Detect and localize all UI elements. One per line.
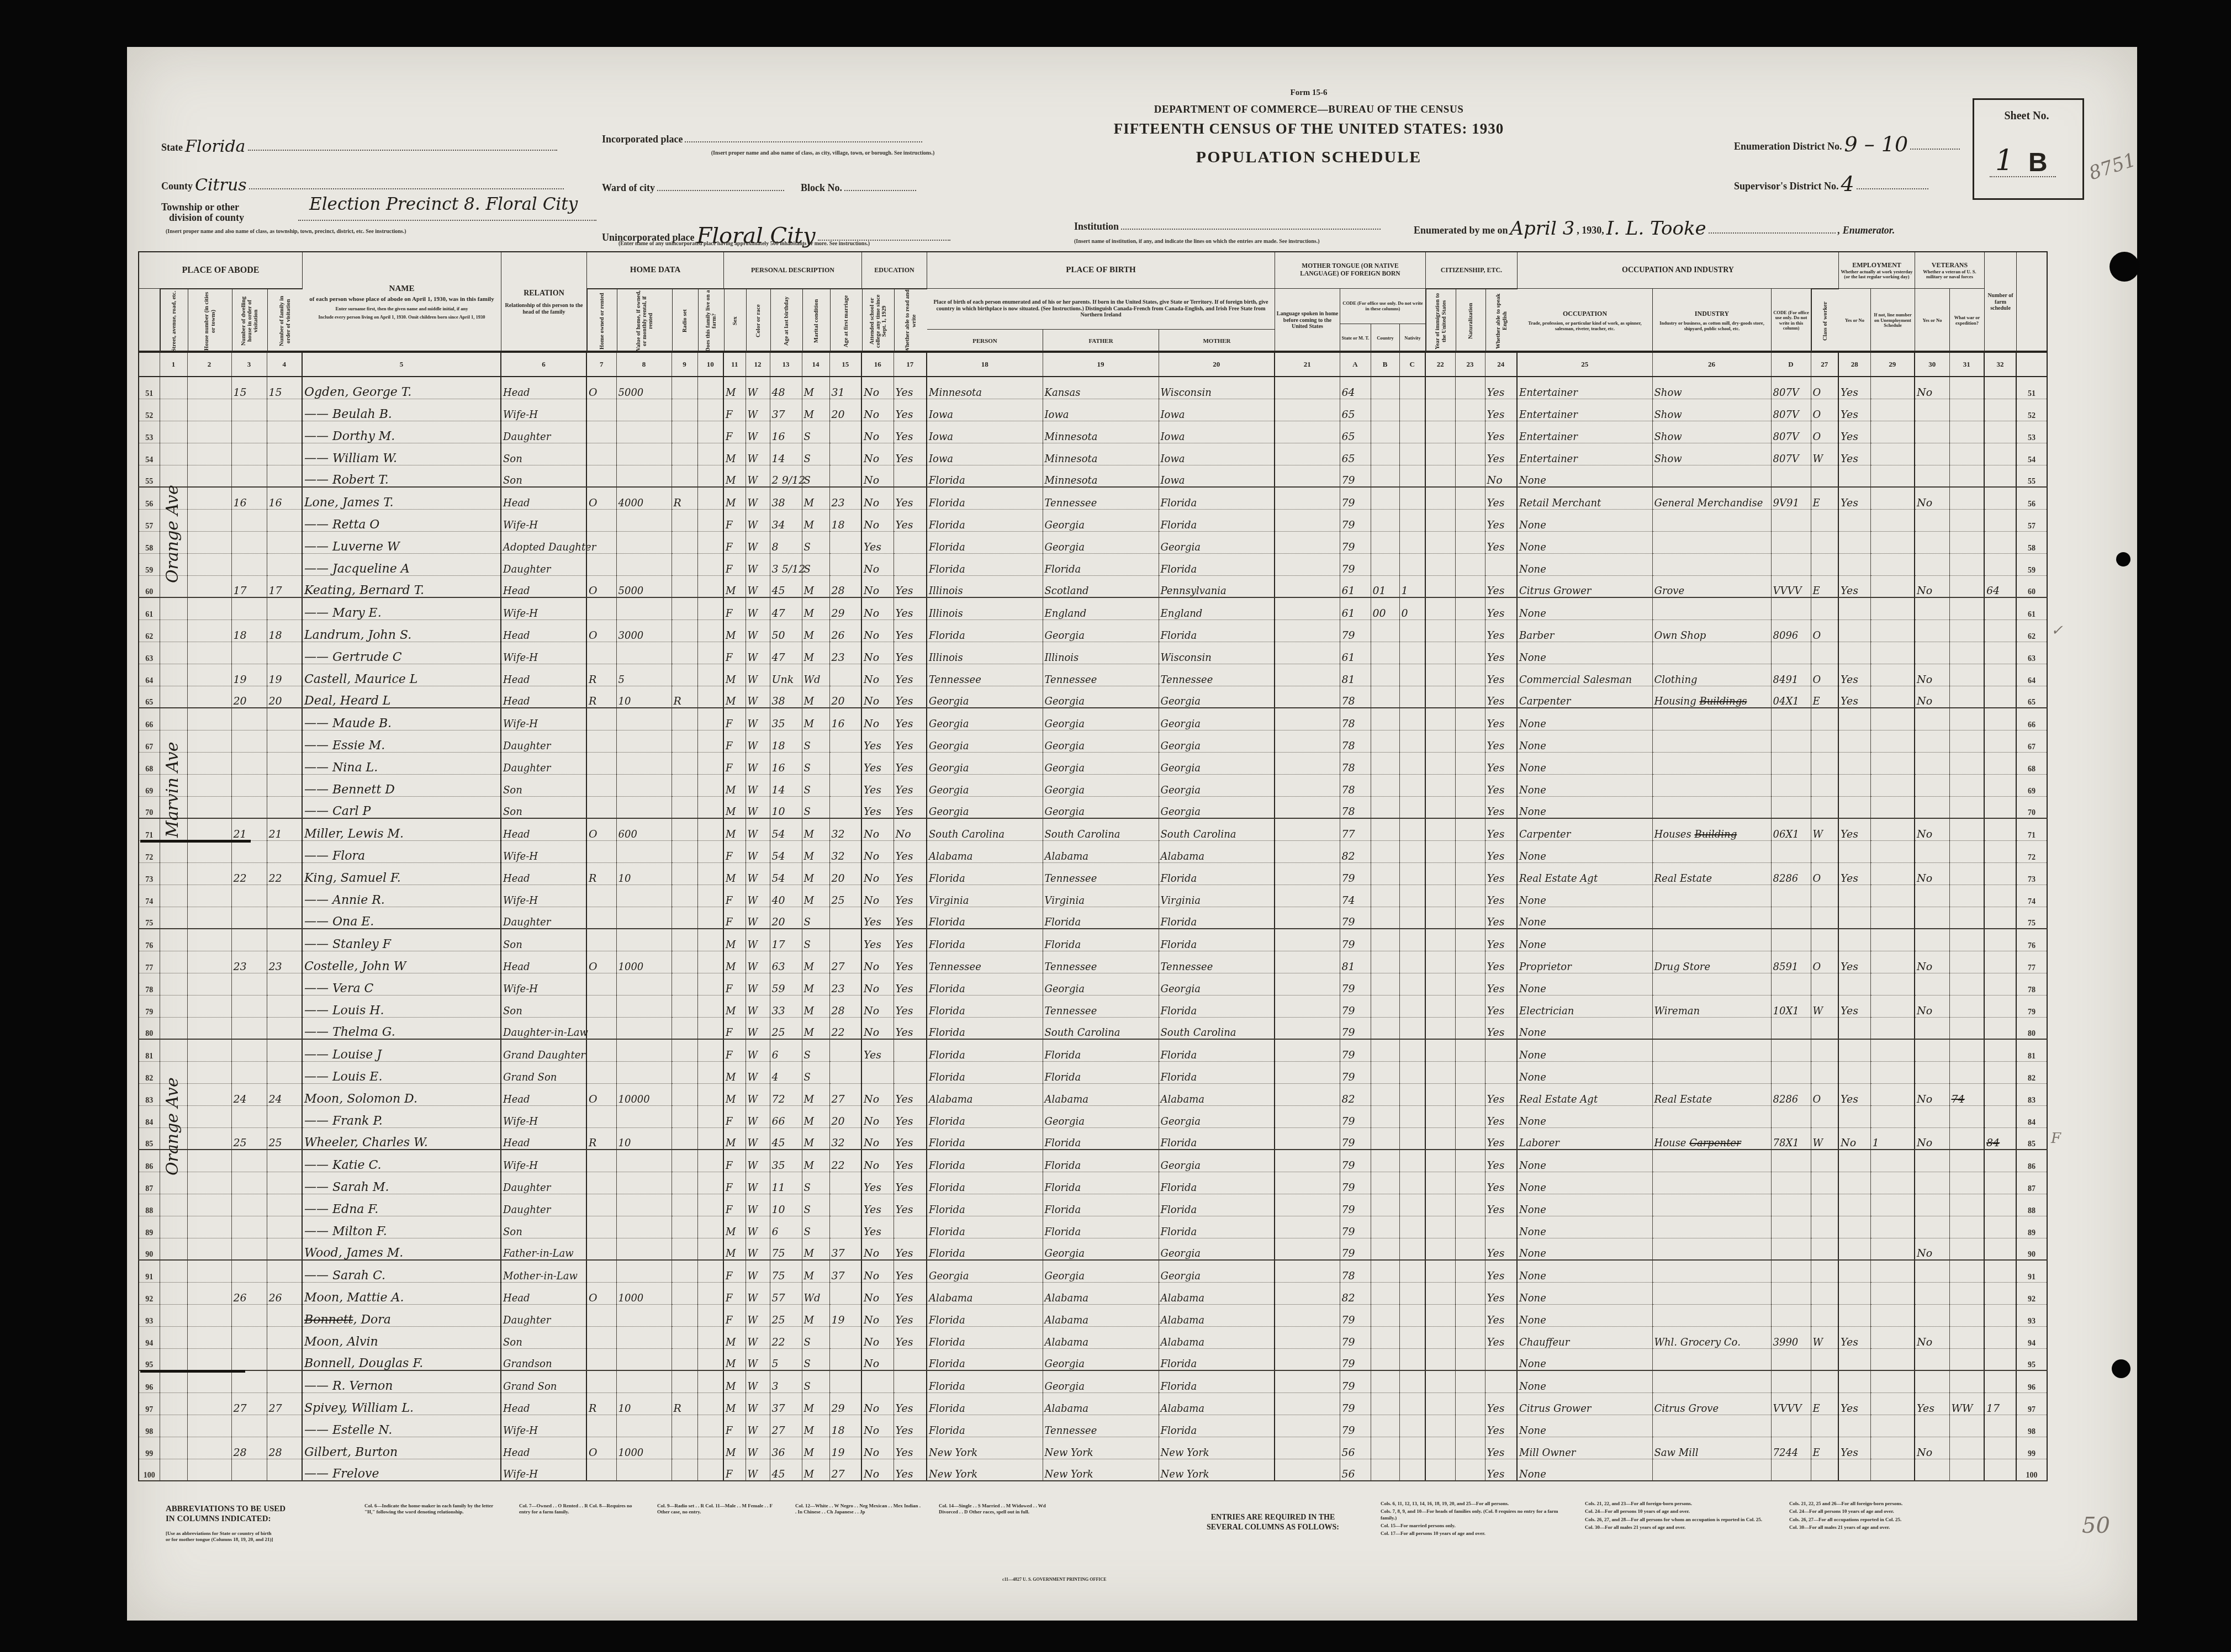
cell-age: 57 bbox=[770, 1282, 802, 1304]
cell-sch: No bbox=[861, 1127, 894, 1150]
cell-nat bbox=[1455, 1459, 1485, 1481]
cell-farm bbox=[697, 885, 723, 907]
table-row: 52—— Beulah B.Wife-HFW37M20NoYesIowaIowa… bbox=[139, 399, 2047, 421]
cell-lnL: 68 bbox=[139, 752, 160, 774]
cell-mar: S bbox=[802, 1194, 829, 1216]
cell-cd bbox=[1771, 1304, 1811, 1326]
cell-cd: 807V bbox=[1771, 421, 1811, 443]
cell-eng: Yes bbox=[1485, 1238, 1517, 1260]
cell-lang bbox=[1275, 730, 1340, 752]
cell-sch: No bbox=[861, 1304, 894, 1326]
cell-rw: Yes bbox=[894, 796, 927, 818]
cell-sch: No bbox=[861, 973, 894, 995]
cell-cd: VVVV bbox=[1771, 575, 1811, 597]
cell-e29 bbox=[1870, 487, 1915, 509]
cell-fam bbox=[267, 1061, 302, 1083]
cell-ind: General Merchandise bbox=[1652, 487, 1771, 509]
cell-nat bbox=[1455, 377, 1485, 399]
cell-name: —— Annie R. bbox=[302, 885, 501, 907]
cell-dwell bbox=[231, 1415, 267, 1437]
cell-pf: Tennessee bbox=[1043, 862, 1159, 885]
cell-e28 bbox=[1838, 1370, 1870, 1392]
header-unemployment-line: If not, line number on Unemployment Sche… bbox=[1871, 289, 1915, 353]
table-row: 852525Wheeler, Charles W.HeadR10MW45M32N… bbox=[139, 1127, 2047, 1150]
cell-vet: No bbox=[1915, 664, 1949, 686]
group-place-of-abode: PLACE OF ABODE bbox=[139, 252, 303, 289]
cell-occ: None bbox=[1517, 597, 1652, 619]
cell-pm: Wisconsin bbox=[1159, 642, 1275, 664]
cell-sch: No bbox=[861, 399, 894, 421]
cell-rw: Yes bbox=[894, 730, 927, 752]
cell-nat bbox=[1455, 907, 1485, 929]
cell-ind bbox=[1652, 1282, 1771, 1304]
cell-radio bbox=[672, 1238, 697, 1260]
header-color-race: Color or race bbox=[746, 289, 770, 353]
cell-pm: Florida bbox=[1159, 862, 1275, 885]
cell-radio bbox=[672, 1150, 697, 1172]
cell-ind: Whl. Grocery Co. bbox=[1652, 1326, 1771, 1348]
cell-cd bbox=[1771, 1238, 1811, 1260]
cell-radio bbox=[672, 973, 697, 995]
cell-cls bbox=[1811, 1370, 1838, 1392]
cell-cd: 8591 bbox=[1771, 951, 1811, 973]
cell-sex: M bbox=[723, 796, 746, 818]
cell-occ: Entertainer bbox=[1517, 377, 1652, 399]
group-place-of-birth: PLACE OF BIRTH bbox=[927, 252, 1275, 289]
column-number: 17 bbox=[894, 352, 927, 377]
cell-pob: New York bbox=[927, 1459, 1043, 1481]
cell-cls bbox=[1811, 1172, 1838, 1194]
cell-sch: No bbox=[861, 862, 894, 885]
cell-imm bbox=[1425, 1105, 1455, 1127]
cell-ind bbox=[1652, 840, 1771, 862]
cell-fs bbox=[1984, 973, 2016, 995]
cell-val bbox=[616, 708, 672, 730]
cell-pf: New York bbox=[1043, 1459, 1159, 1481]
table-row: 79—— Louis H.SonMW33M28NoYesFloridaTenne… bbox=[139, 995, 2047, 1017]
cell-lnR: 64 bbox=[2016, 664, 2047, 686]
cell-age: 10 bbox=[770, 796, 802, 818]
cell-house bbox=[187, 1437, 231, 1459]
cell-farm bbox=[697, 1392, 723, 1415]
cell-vet bbox=[1915, 840, 1949, 862]
cell-occ: Mill Owner bbox=[1517, 1437, 1652, 1459]
cell-imm bbox=[1425, 1194, 1455, 1216]
cell-ca: 79 bbox=[1340, 973, 1371, 995]
cell-cb bbox=[1371, 1083, 1399, 1105]
cell-sch bbox=[861, 1061, 894, 1083]
cell-occ: None bbox=[1517, 1260, 1652, 1282]
cell-own bbox=[586, 973, 616, 995]
sheet-label: Sheet No. bbox=[1974, 110, 2079, 123]
cell-mar: M bbox=[802, 1260, 829, 1282]
cell-sch: No bbox=[861, 885, 894, 907]
cell-own bbox=[586, 1326, 616, 1348]
cell-age: 45 bbox=[770, 575, 802, 597]
cell-eng bbox=[1485, 553, 1517, 575]
cell-occ: None bbox=[1517, 642, 1652, 664]
cell-house bbox=[187, 1039, 231, 1061]
cell-pob: Alabama bbox=[927, 1083, 1043, 1105]
table-row: 98—— Estelle N.Wife-HFW27M18NoYesFlorida… bbox=[139, 1415, 2047, 1437]
cell-cb bbox=[1371, 774, 1399, 796]
cell-cd bbox=[1771, 885, 1811, 907]
cell-rw: Yes bbox=[894, 642, 927, 664]
cell-ind bbox=[1652, 1260, 1771, 1282]
cell-sex: M bbox=[723, 619, 746, 642]
cell-nat bbox=[1455, 1127, 1485, 1150]
cell-lnL: 88 bbox=[139, 1194, 160, 1216]
cell-name: Bonnell, Douglas F. bbox=[302, 1348, 501, 1370]
census-title: FIFTEENTH CENSUS OF THE UNITED STATES: 1… bbox=[1027, 120, 1590, 137]
cell-pm: Alabama bbox=[1159, 840, 1275, 862]
cell-house bbox=[187, 951, 231, 973]
cell-cc bbox=[1399, 951, 1425, 973]
cell-fs bbox=[1984, 1459, 2016, 1481]
cell-val bbox=[616, 1061, 672, 1083]
cell-cd bbox=[1771, 840, 1811, 862]
cell-occ: None bbox=[1517, 1216, 1652, 1238]
cell-pob: Georgia bbox=[927, 686, 1043, 708]
cell-lang bbox=[1275, 818, 1340, 840]
cell-rel: Wife-H bbox=[501, 597, 586, 619]
cell-age: 54 bbox=[770, 862, 802, 885]
cell-val bbox=[616, 443, 672, 465]
cell-farm bbox=[697, 1172, 723, 1194]
cell-lang bbox=[1275, 1348, 1340, 1370]
cell-cb bbox=[1371, 1415, 1399, 1437]
table-row: 66—— Maude B.Wife-HFW35M16NoYesGeorgiaGe… bbox=[139, 708, 2047, 730]
cell-rw bbox=[894, 531, 927, 553]
cell-own bbox=[586, 1370, 616, 1392]
cell-fam bbox=[267, 1039, 302, 1061]
cell-dwell bbox=[231, 1017, 267, 1039]
cell-fs bbox=[1984, 929, 2016, 951]
cell-e28 bbox=[1838, 1348, 1870, 1370]
cell-cd bbox=[1771, 752, 1811, 774]
page-pencil-mark: 50 bbox=[2082, 1513, 2110, 1538]
cell-mar: M bbox=[802, 377, 829, 399]
cell-eng: Yes bbox=[1485, 664, 1517, 686]
table-row: 87—— Sarah M.DaughterFW11SYesYesFloridaF… bbox=[139, 1172, 2047, 1194]
cell-name: Deal, Heard L bbox=[302, 686, 501, 708]
cell-ca: 79 bbox=[1340, 1061, 1371, 1083]
table-row: 992828Gilbert, BurtonHeadO1000MW36M19NoY… bbox=[139, 1437, 2047, 1459]
cell-agem: 28 bbox=[829, 575, 861, 597]
unincorporated-note: (Enter name of any unincorporated place … bbox=[618, 241, 870, 247]
cell-dwell bbox=[231, 1061, 267, 1083]
cell-pm: Florida bbox=[1159, 1172, 1275, 1194]
cell-pm: England bbox=[1159, 597, 1275, 619]
cell-pf: Alabama bbox=[1043, 1304, 1159, 1326]
cell-fs bbox=[1984, 708, 2016, 730]
cell-house bbox=[187, 1105, 231, 1127]
cell-nat bbox=[1455, 730, 1485, 752]
cell-war bbox=[1949, 995, 1984, 1017]
cell-val bbox=[616, 1304, 672, 1326]
cell-imm bbox=[1425, 575, 1455, 597]
cell-vet bbox=[1915, 1172, 1949, 1194]
cell-pm: South Carolina bbox=[1159, 818, 1275, 840]
cell-dwell: 26 bbox=[231, 1282, 267, 1304]
cell-cb bbox=[1371, 1459, 1399, 1481]
cell-mar: M bbox=[802, 487, 829, 509]
cell-radio bbox=[672, 619, 697, 642]
cell-e28 bbox=[1838, 730, 1870, 752]
column-number: 5 bbox=[302, 352, 501, 377]
cell-val: 1000 bbox=[616, 1437, 672, 1459]
cell-name: —— Essie M. bbox=[302, 730, 501, 752]
cell-lnL: 55 bbox=[139, 465, 160, 487]
table-row: 100—— FreloveWife-HFW45M27NoYesNew YorkN… bbox=[139, 1459, 2047, 1481]
cell-lnR: 75 bbox=[2016, 907, 2047, 929]
cell-agem: 20 bbox=[829, 1105, 861, 1127]
cell-pob: Florida bbox=[927, 465, 1043, 487]
cell-cls: O bbox=[1811, 619, 1838, 642]
cell-nat bbox=[1455, 1105, 1485, 1127]
cell-dwell bbox=[231, 1260, 267, 1282]
cell-farm bbox=[697, 1415, 723, 1437]
margin-mark: ✓ bbox=[2051, 622, 2063, 639]
cell-fam bbox=[267, 730, 302, 752]
cell-own: O bbox=[586, 487, 616, 509]
cell-cd: 807V bbox=[1771, 377, 1811, 399]
cell-rel: Wife-H bbox=[501, 1105, 586, 1127]
cell-ind bbox=[1652, 929, 1771, 951]
cell-lang bbox=[1275, 399, 1340, 421]
cell-cc bbox=[1399, 1260, 1425, 1282]
cell-e29 bbox=[1870, 1326, 1915, 1348]
list-item: Cols. 6, 11, 12, 13, 14, 16, 18, 19, 20,… bbox=[1381, 1501, 1563, 1507]
cell-cls bbox=[1811, 465, 1838, 487]
cell-fs bbox=[1984, 907, 2016, 929]
cell-house bbox=[187, 1348, 231, 1370]
cell-ind bbox=[1652, 531, 1771, 553]
cell-agem bbox=[829, 443, 861, 465]
cell-lnR: 59 bbox=[2016, 553, 2047, 575]
cell-house bbox=[187, 553, 231, 575]
cell-val bbox=[616, 1105, 672, 1127]
cell-cls: E bbox=[1811, 487, 1838, 509]
cell-lnR: 99 bbox=[2016, 1437, 2047, 1459]
cell-cd: 78X1 bbox=[1771, 1127, 1811, 1150]
cell-color: W bbox=[746, 730, 770, 752]
cell-ind: Housing Buildings bbox=[1652, 686, 1771, 708]
cell-occ: Entertainer bbox=[1517, 399, 1652, 421]
cell-rel: Wife-H bbox=[501, 1415, 586, 1437]
cell-own bbox=[586, 421, 616, 443]
cell-cls: W bbox=[1811, 818, 1838, 840]
cell-fam bbox=[267, 465, 302, 487]
cell-rw: Yes bbox=[894, 774, 927, 796]
cell-pob: Georgia bbox=[927, 1260, 1043, 1282]
cell-e29 bbox=[1870, 929, 1915, 951]
cell-lang bbox=[1275, 443, 1340, 465]
cell-farm bbox=[697, 995, 723, 1017]
column-number: 9 bbox=[672, 352, 697, 377]
cell-fam bbox=[267, 1260, 302, 1282]
cell-war bbox=[1949, 509, 1984, 531]
cell-pm: Georgia bbox=[1159, 796, 1275, 818]
cell-name: —— Bennett D bbox=[302, 774, 501, 796]
cell-mar: S bbox=[802, 421, 829, 443]
cell-rel: Wife-H bbox=[501, 1150, 586, 1172]
cell-cd: 8286 bbox=[1771, 862, 1811, 885]
cell-occ: None bbox=[1517, 840, 1652, 862]
cell-farm bbox=[697, 1238, 723, 1260]
cell-pob: Virginia bbox=[927, 885, 1043, 907]
cell-mar: S bbox=[802, 907, 829, 929]
cell-age: 47 bbox=[770, 642, 802, 664]
cell-ca: 79 bbox=[1340, 553, 1371, 575]
cell-agem: 32 bbox=[829, 818, 861, 840]
cell-sch: No bbox=[861, 951, 894, 973]
cell-lnL: 99 bbox=[139, 1437, 160, 1459]
cell-imm bbox=[1425, 1150, 1455, 1172]
cell-imm bbox=[1425, 1459, 1455, 1481]
cell-eng: Yes bbox=[1485, 995, 1517, 1017]
cell-lnL: 64 bbox=[139, 664, 160, 686]
cell-lang bbox=[1275, 1150, 1340, 1172]
cell-ca: 79 bbox=[1340, 995, 1371, 1017]
cell-house bbox=[187, 1083, 231, 1105]
cell-nat bbox=[1455, 840, 1485, 862]
cell-e28 bbox=[1838, 1282, 1870, 1304]
cell-lnR: 79 bbox=[2016, 995, 2047, 1017]
cell-pob: Iowa bbox=[927, 443, 1043, 465]
cell-name: —— Frelove bbox=[302, 1459, 501, 1481]
cell-own bbox=[586, 1150, 616, 1172]
table-row: 561616Lone, James T.HeadO4000RMW38M23NoY… bbox=[139, 487, 2047, 509]
header-owned-rented: Home owned or rented bbox=[587, 289, 617, 353]
sheet-value: 1 bbox=[1995, 144, 2013, 177]
cell-e28 bbox=[1838, 1105, 1870, 1127]
cell-rw: Yes bbox=[894, 575, 927, 597]
cell-lnR: 56 bbox=[2016, 487, 2047, 509]
cell-e29: 1 bbox=[1870, 1127, 1915, 1150]
cell-ca: 79 bbox=[1340, 1392, 1371, 1415]
cell-lang bbox=[1275, 929, 1340, 951]
cell-e29 bbox=[1870, 597, 1915, 619]
cell-vet bbox=[1915, 1415, 1949, 1437]
cell-house bbox=[187, 1150, 231, 1172]
cell-lnL: 74 bbox=[139, 885, 160, 907]
cell-mar: S bbox=[802, 465, 829, 487]
cell-cd: 9V91 bbox=[1771, 487, 1811, 509]
cell-color: W bbox=[746, 1348, 770, 1370]
cell-cb bbox=[1371, 1017, 1399, 1039]
cell-ca: 79 bbox=[1340, 862, 1371, 885]
cell-lnL: 70 bbox=[139, 796, 160, 818]
cell-val: 10 bbox=[616, 1127, 672, 1150]
cell-ind: Own Shop bbox=[1652, 619, 1771, 642]
cell-radio bbox=[672, 575, 697, 597]
cell-ind: Houses Building bbox=[1652, 818, 1771, 840]
cell-fam: 16 bbox=[267, 487, 302, 509]
cell-nat bbox=[1455, 1039, 1485, 1061]
cell-age: 8 bbox=[770, 531, 802, 553]
cell-house bbox=[187, 377, 231, 399]
cell-val bbox=[616, 1348, 672, 1370]
cell-fs bbox=[1984, 1348, 2016, 1370]
cell-pf: South Carolina bbox=[1043, 1017, 1159, 1039]
cell-ind bbox=[1652, 1172, 1771, 1194]
cell-cls bbox=[1811, 1304, 1838, 1326]
cell-vet bbox=[1915, 1459, 1949, 1481]
cell-pf: Georgia bbox=[1043, 774, 1159, 796]
cell-mar: M bbox=[802, 1304, 829, 1326]
cell-pm: Alabama bbox=[1159, 1304, 1275, 1326]
cell-pob: Florida bbox=[927, 1105, 1043, 1127]
cell-cd bbox=[1771, 553, 1811, 575]
cell-rw: Yes bbox=[894, 929, 927, 951]
cell-name: Miller, Lewis M. bbox=[302, 818, 501, 840]
cell-lnR: 61 bbox=[2016, 597, 2047, 619]
cell-rw: Yes bbox=[894, 1437, 927, 1459]
cell-val: 10 bbox=[616, 686, 672, 708]
table-row: 712121Miller, Lewis M.HeadO600MW54M32NoN… bbox=[139, 818, 2047, 840]
cell-lnR: 93 bbox=[2016, 1304, 2047, 1326]
column-number: 11 bbox=[723, 352, 746, 377]
cell-cc bbox=[1399, 774, 1425, 796]
cell-occ: None bbox=[1517, 1348, 1652, 1370]
cell-dwell bbox=[231, 509, 267, 531]
cell-pm: Georgia bbox=[1159, 752, 1275, 774]
cell-pf: Florida bbox=[1043, 553, 1159, 575]
cell-pf: Florida bbox=[1043, 1061, 1159, 1083]
cell-own: O bbox=[586, 1437, 616, 1459]
cell-cd bbox=[1771, 597, 1811, 619]
state-value: Florida bbox=[185, 137, 246, 156]
cell-cd bbox=[1771, 730, 1811, 752]
cell-fs bbox=[1984, 1083, 2016, 1105]
cell-e28 bbox=[1838, 1017, 1870, 1039]
cell-sch: No bbox=[861, 664, 894, 686]
cell-lang bbox=[1275, 1127, 1340, 1150]
cell-radio bbox=[672, 1039, 697, 1061]
cell-rel: Head bbox=[501, 1083, 586, 1105]
cell-dwell bbox=[231, 995, 267, 1017]
cell-nat bbox=[1455, 1238, 1485, 1260]
cell-vet bbox=[1915, 796, 1949, 818]
column-number: 25 bbox=[1517, 352, 1652, 377]
cell-lang bbox=[1275, 487, 1340, 509]
cell-fam: 18 bbox=[267, 619, 302, 642]
cell-ca: 79 bbox=[1340, 531, 1371, 553]
enumerated-field: Enumerated by me on April 3 , 1930, I. L… bbox=[1414, 216, 1895, 239]
cell-pm: Florida bbox=[1159, 1039, 1275, 1061]
cell-war bbox=[1949, 1238, 1984, 1260]
cell-e28: Yes bbox=[1838, 686, 1870, 708]
cell-lnL: 87 bbox=[139, 1172, 160, 1194]
cell-pf: Tennessee bbox=[1043, 487, 1159, 509]
cell-pf: Georgia bbox=[1043, 1105, 1159, 1127]
cell-eng: Yes bbox=[1485, 1017, 1517, 1039]
cell-cc bbox=[1399, 1238, 1425, 1260]
cell-nat bbox=[1455, 1415, 1485, 1437]
cell-farm bbox=[697, 1039, 723, 1061]
cell-e29 bbox=[1870, 1370, 1915, 1392]
cell-war bbox=[1949, 1150, 1984, 1172]
cell-radio bbox=[672, 509, 697, 531]
cell-cb bbox=[1371, 1326, 1399, 1348]
cell-name: King, Samuel F. bbox=[302, 862, 501, 885]
cell-mar: S bbox=[802, 1370, 829, 1392]
scan-artifact-dot bbox=[2116, 552, 2130, 566]
cell-cc bbox=[1399, 421, 1425, 443]
cell-e28: Yes bbox=[1838, 421, 1870, 443]
cell-house bbox=[187, 1326, 231, 1348]
